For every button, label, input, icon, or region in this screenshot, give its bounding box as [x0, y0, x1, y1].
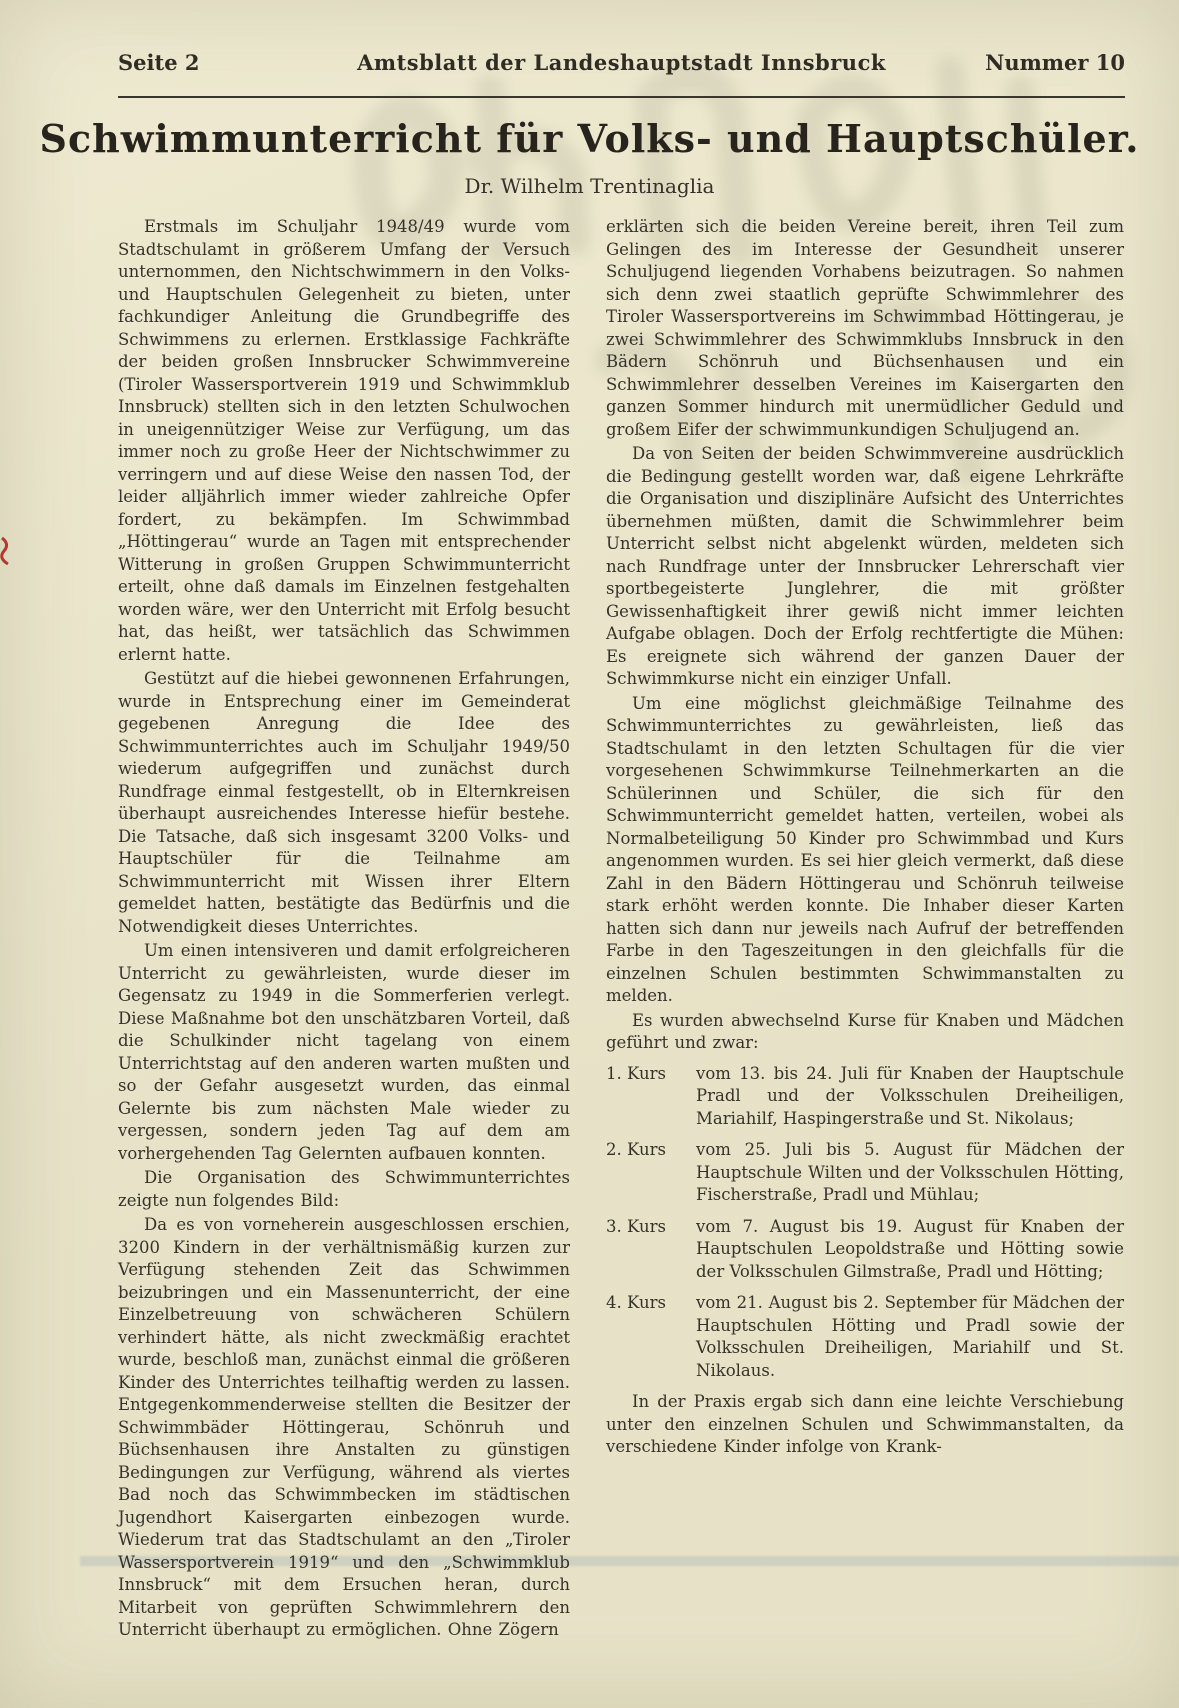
paragraph: Es wurden abwechselnd Kurse für Knaben u…	[606, 1010, 1124, 1055]
paragraph: Da es von vorneherein ausgeschlossen ers…	[118, 1214, 570, 1642]
scanned-newspaper-page: Seite 2 Amtsblatt der Landeshauptstadt I…	[0, 0, 1179, 1708]
paragraph: Gestützt auf die hiebei gewonnenen Erfah…	[118, 668, 570, 938]
red-ink-mark	[0, 534, 14, 568]
course-list: 1. Kurs vom 13. bis 24. Juli für Knaben …	[606, 1063, 1124, 1383]
paragraph: Um eine möglichst gleichmäßige Teilnahme…	[606, 693, 1124, 1008]
course-item: 1. Kurs vom 13. bis 24. Juli für Knaben …	[606, 1063, 1124, 1131]
page-number: Seite 2	[118, 50, 200, 75]
course-item-text: vom 13. bis 24. Juli für Knaben der Haup…	[696, 1063, 1124, 1131]
course-item-label: 1. Kurs	[606, 1063, 696, 1131]
issue-number: Nummer 10	[985, 50, 1125, 75]
article-title: Schwimmunterricht für Volks- und Hauptsc…	[0, 116, 1179, 161]
page-header: Seite 2 Amtsblatt der Landeshauptstadt I…	[118, 50, 1125, 75]
course-item-label: 2. Kurs	[606, 1139, 696, 1207]
paragraph: Erstmals im Schuljahr 1948/49 wurde vom …	[118, 216, 570, 666]
paragraph: Um einen intensiveren und damit erfolgre…	[118, 940, 570, 1165]
header-rule	[118, 96, 1125, 98]
left-column: Erstmals im Schuljahr 1948/49 wurde vom …	[118, 216, 570, 1644]
masthead-title: Amtsblatt der Landeshauptstadt Innsbruck	[357, 50, 886, 75]
article-body: Erstmals im Schuljahr 1948/49 wurde vom …	[118, 216, 1124, 1644]
course-item: 4. Kurs vom 21. August bis 2. September …	[606, 1292, 1124, 1382]
course-item: 3. Kurs vom 7. August bis 19. August für…	[606, 1216, 1124, 1284]
paragraph: Da von Seiten der beiden Schwimmvereine …	[606, 443, 1124, 691]
paragraph: erklärten sich die beiden Vereine bereit…	[606, 216, 1124, 441]
paragraph: Die Organisation des Schwimmunterrichtes…	[118, 1167, 570, 1212]
course-item-label: 3. Kurs	[606, 1216, 696, 1284]
paragraph: In der Praxis ergab sich dann eine leich…	[606, 1391, 1124, 1459]
course-item-text: vom 7. August bis 19. August für Knaben …	[696, 1216, 1124, 1284]
course-item: 2. Kurs vom 25. Juli bis 5. August für M…	[606, 1139, 1124, 1207]
course-item-text: vom 25. Juli bis 5. August für Mädchen d…	[696, 1139, 1124, 1207]
course-item-label: 4. Kurs	[606, 1292, 696, 1382]
course-item-text: vom 21. August bis 2. September für Mädc…	[696, 1292, 1124, 1382]
right-column: erklärten sich die beiden Vereine bereit…	[606, 216, 1124, 1644]
article-byline: Dr. Wilhelm Trentinaglia	[0, 174, 1179, 198]
